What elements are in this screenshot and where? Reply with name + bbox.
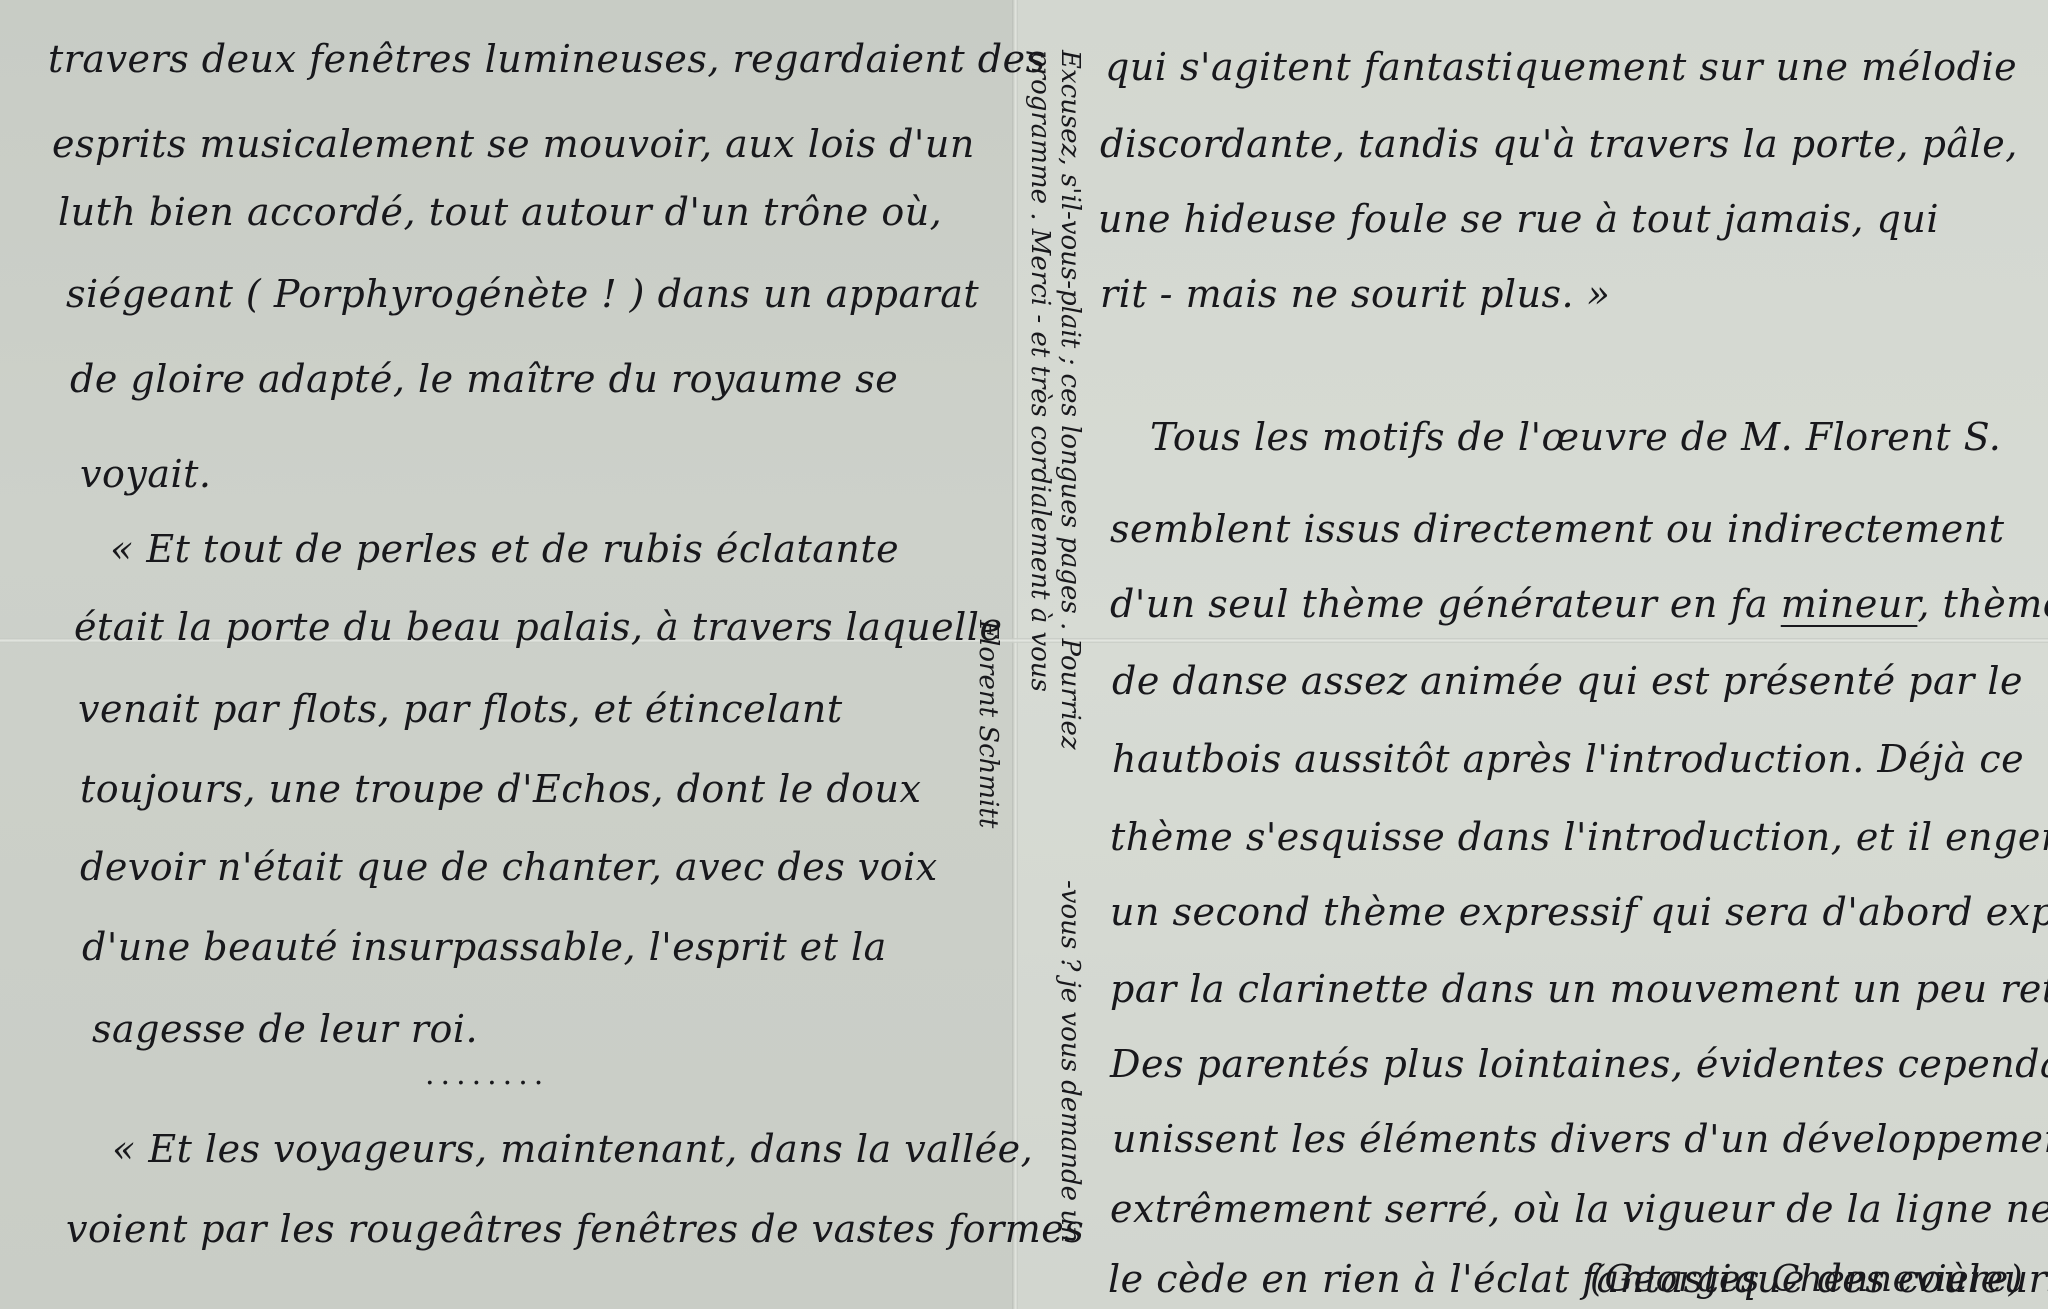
text-line: d'une beauté insurpassable, l'esprit et … bbox=[82, 928, 887, 966]
text-line: discordante, tandis qu'à travers la port… bbox=[1100, 125, 2018, 163]
text-line: toujours, une troupe d'Echos, dont le do… bbox=[80, 770, 921, 808]
text-line: travers deux fenêtres lumineuses, regard… bbox=[48, 40, 1046, 78]
quote-line: « Et tout de perles et de rubis éclatant… bbox=[110, 530, 899, 568]
text-line: extrêmement serré, où la vigueur de la l… bbox=[1110, 1190, 2048, 1228]
text-line: unissent les éléments divers d'un dévelo… bbox=[1112, 1120, 2048, 1158]
text-line: de gloire adapté, le maître du royaume s… bbox=[70, 360, 898, 398]
text-line: thème s'esquisse dans l'introduction, et… bbox=[1110, 818, 2048, 856]
margin-note-column-3: -vous ? je vous demande un bbox=[1055, 880, 1085, 1243]
margin-note-florent-schmitt: Florent Schmitt bbox=[973, 620, 1003, 828]
margin-note-column-1: Excusez, s'il-vous-plait ; ces longues p… bbox=[1055, 50, 1085, 750]
text-line: voyait. bbox=[80, 455, 211, 493]
text-line: qui s'agitent fantastiquement sur une mé… bbox=[1105, 48, 2017, 86]
text-line: d'un seul thème générateur en fa mineur,… bbox=[1110, 585, 2048, 623]
ellipsis-separator: ........ bbox=[425, 1060, 549, 1090]
text-line: semblent issus directement ou indirectem… bbox=[1110, 510, 2005, 548]
text-line: devoir n'était que de chanter, avec des … bbox=[80, 848, 938, 886]
text-line: rit - mais ne sourit plus. » bbox=[1100, 275, 1610, 313]
text-line: était la porte du beau palais, à travers… bbox=[74, 608, 1002, 646]
text-line: luth bien accordé, tout autour d'un trôn… bbox=[58, 193, 942, 231]
text-line: esprits musicalement se mouvoir, aux loi… bbox=[52, 125, 975, 163]
text-line: une hideuse foule se rue à tout jamais, … bbox=[1098, 200, 1939, 238]
text-line: siégeant ( Porphyrogénète ! ) dans un ap… bbox=[66, 275, 979, 313]
underlined-word: mineur bbox=[1781, 582, 1918, 626]
paragraph-line: Tous les motifs de l'œuvre de M. Florent… bbox=[1150, 418, 2001, 456]
page-fold-vertical bbox=[1012, 0, 1018, 1309]
text-line: voient par les rougeâtres fenêtres de va… bbox=[66, 1210, 1084, 1248]
text-line: hautbois aussitôt après l'introduction. … bbox=[1112, 740, 2024, 778]
text-line: sagesse de leur roi. bbox=[92, 1010, 478, 1048]
quote-line: « Et les voyageurs, maintenant, dans la … bbox=[112, 1130, 1033, 1168]
author-signature: (Georges Chennevière) bbox=[1590, 1262, 2023, 1298]
margin-note-column-2: programme . Merci - et très cordialement… bbox=[1025, 50, 1055, 692]
text-line: par la clarinette dans un mouvement un p… bbox=[1110, 970, 2048, 1008]
text-line: un second thème expressif qui sera d'abo… bbox=[1110, 893, 2048, 931]
text-line: Des parentés plus lointaines, évidentes … bbox=[1110, 1045, 2048, 1083]
text-line: de danse assez animée qui est présenté p… bbox=[1112, 662, 2023, 700]
text-line: venait par flots, par flots, et étincela… bbox=[78, 690, 843, 728]
